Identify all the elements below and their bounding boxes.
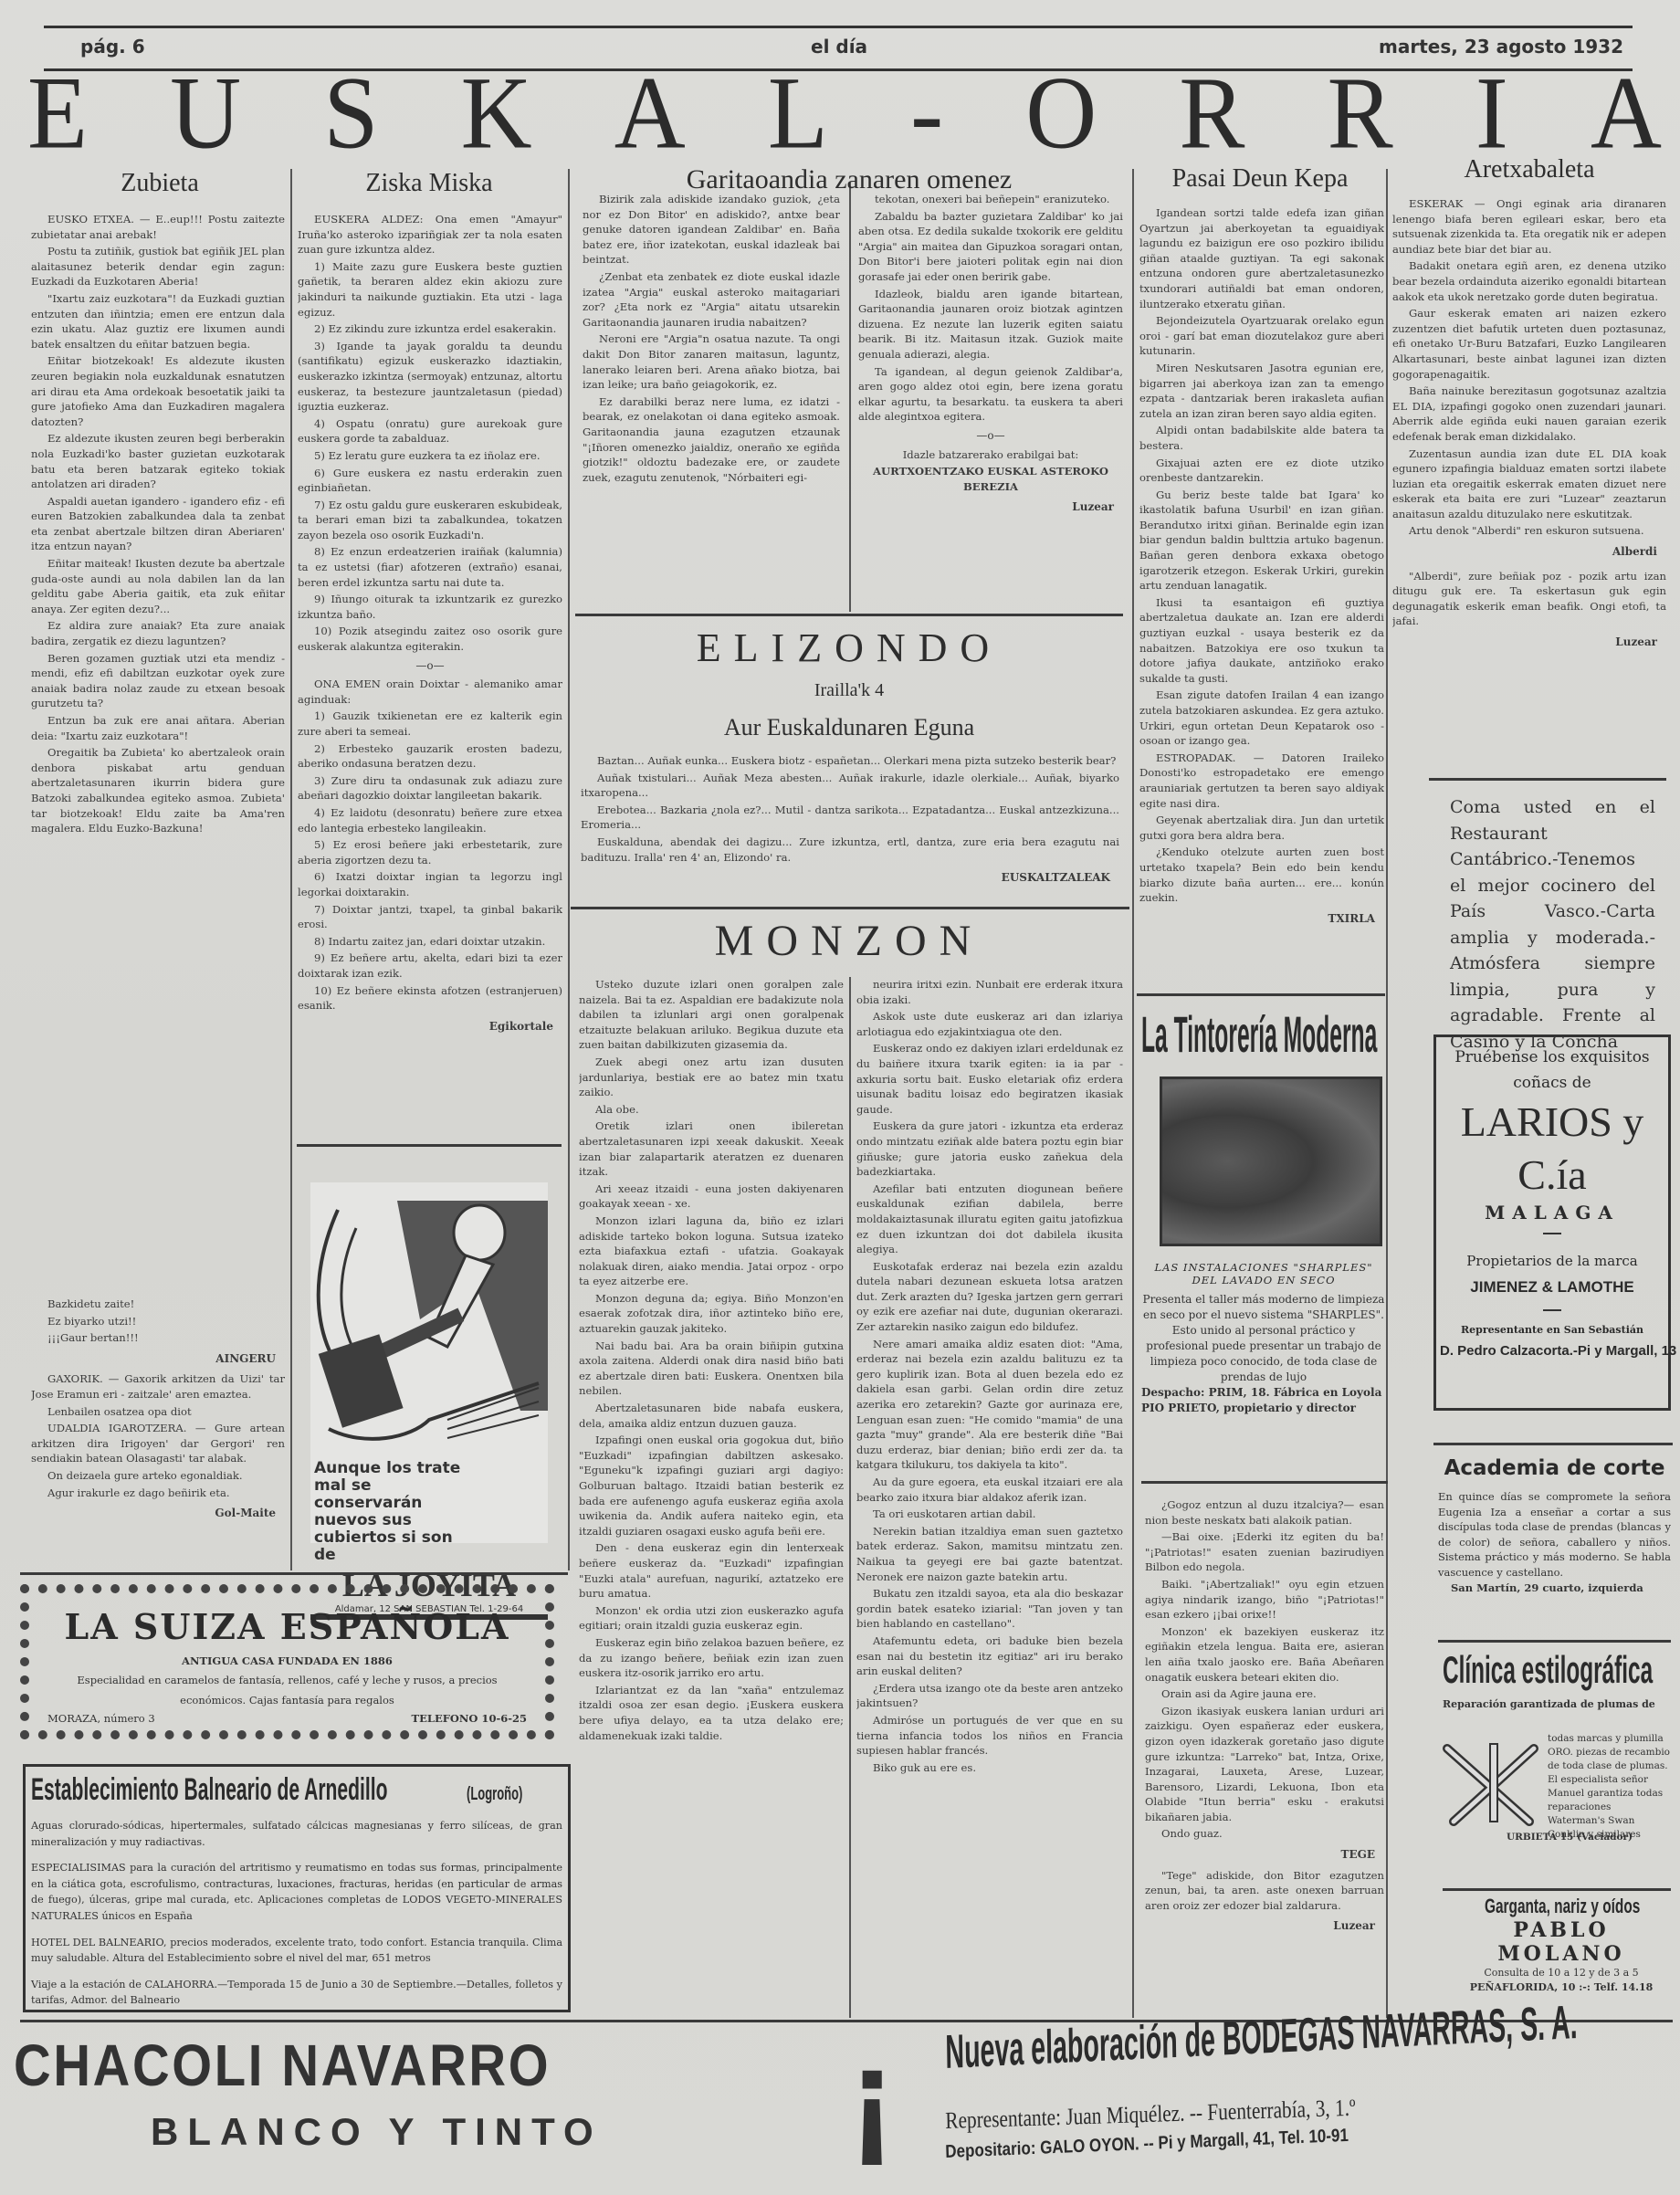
section-heading-ziska-miska: Ziska Miska <box>297 169 562 198</box>
paragraph: Nerekin batian itzaldiya eman suen gazte… <box>856 1524 1123 1584</box>
column-divider <box>849 183 851 612</box>
column-divider <box>1386 169 1388 2018</box>
paragraph: Baiki. "¡Abertzaliak!" oyu egin etzuen a… <box>1145 1577 1384 1623</box>
paragraph: Nere amari amaika aldiz esaten diot: "Am… <box>856 1337 1123 1473</box>
title-letter: A <box>1591 61 1662 167</box>
title-letter: R <box>1328 61 1393 167</box>
chacoli-subtitle: BLANCO Y TINTO <box>151 2110 799 2154</box>
paragraph: EUSKO ETXEA. — E..eup!!! Postu zaitezte … <box>31 212 285 242</box>
molano-address: PEÑAFLORIDA, 10 :-: Telf. 14.18 <box>1452 1980 1671 1995</box>
paragraph: 9) Iñungo oiturak ta izkuntzarik ez gure… <box>298 592 562 622</box>
balneario-title: Establecimiento Balneario de Arnedillo <box>31 1772 212 1808</box>
elizondo-heading: ELIZONDO <box>575 625 1123 671</box>
paragraph: Zuek abegi onez artu izan dusuten jardun… <box>579 1055 844 1100</box>
column-divider <box>568 169 570 1570</box>
paragraph: 10) Ez beñere ekinsta afotzen (estranjer… <box>298 983 562 1013</box>
paragraph: 9) Ez beñere artu, akelta, edari bizi ta… <box>298 950 562 981</box>
news-item: On deizaela gure arteko egonaldiak. <box>31 1468 285 1484</box>
ad-academia[interactable]: Academia de corte En quince días se comp… <box>1438 1456 1671 1597</box>
news-item: Lenbailen osatzea opa diot <box>31 1404 285 1420</box>
issue-date: martes, 23 agosto 1932 <box>1379 36 1623 58</box>
paragraph: 5) Ez erosi beñere jaki erbestetarik, zu… <box>298 837 562 867</box>
balneario-place: (Logroño) <box>467 1784 522 1805</box>
ad-molano[interactable]: Garganta, nariz y oídos PABLO MOLANO Con… <box>1452 1895 1671 1995</box>
paragraph: 6) Ixatzi doixtar ingian ta legorzu ingl… <box>298 869 562 899</box>
paragraph: Ez aldira zure anaiak? Eta zure anaiak b… <box>31 618 285 648</box>
article-pasai: Igandean sortzi talde edefa izan giñan O… <box>1139 205 1384 986</box>
paragraph: EUSKERA ALDEZ: Ona emen "Amayur" Iruña'k… <box>298 212 562 257</box>
clinica-address: URBIETA 15 (Vaciador) <box>1507 1829 1633 1846</box>
paragraph: Gizon ikasiyak euskera lanian urduri ari… <box>1145 1704 1384 1825</box>
title-letter: L <box>768 61 828 167</box>
article-zubieta: EUSKO ETXEA. — E..eup!!! Postu zaitezte … <box>31 212 285 1289</box>
paragraph: ¿Erdera utsa izango ote da beste aren an… <box>856 1681 1123 1711</box>
paper-name: el día <box>811 36 867 58</box>
tintoreria-caption: LAS INSTALACIONES "SHARPLES" DEL LAVADO … <box>1141 1261 1386 1287</box>
paragraph: "Ixartu zaiz euzkotara"! da Euzkadi guzt… <box>31 291 285 352</box>
article-monzon-left: Usteko duzute izlari onen goralpen zale … <box>579 977 844 2018</box>
signature-aingeru: AINGERU <box>40 1351 276 1367</box>
ad-cantabrico[interactable]: Coma usted en el Restaurant Cantábrico.-… <box>1450 794 1655 1055</box>
article-garitaoandia-right: tekotan, onexeri bai beñepein" eranizute… <box>858 192 1123 607</box>
signature-luzear-2: Luzear <box>1154 1918 1375 1934</box>
ad-larios[interactable]: Pruébense los exquisitos coñacs de LARIO… <box>1433 1034 1671 1411</box>
article-garitaoandia-left: Bizirik zala adiskide izandako guziok, ¿… <box>583 192 840 607</box>
paragraph: ¿Zenbat eta zenbatek ez diote euskal ida… <box>583 269 840 330</box>
clinica-title: Clínica estilográfica <box>1443 1648 1575 1692</box>
article-zubieta-end: Bazkidetu zaite!Ez biyarko utzi!!¡¡¡Gaur… <box>31 1297 285 1570</box>
paragraph: Geyenak abertzaliak dira. Jun dan urteti… <box>1139 813 1384 843</box>
paragraph: Oregaitik ba Zubieta' ko abertzaleok ora… <box>31 745 285 836</box>
paragraph: Postu ta zutiñik, gustiok bat egiñik JEL… <box>31 244 285 289</box>
page-title: EUSKAL-ORRIA <box>27 61 1662 167</box>
chacoli-title: CHACOLI NAVARRO <box>14 2032 705 2099</box>
paragraph: Izpafingi onen euskal oria gogokua dut, … <box>579 1433 844 1539</box>
paragraph: Esan zigute datofen Irailan 4 ean izango… <box>1139 688 1384 748</box>
paragraph: Euskalduna, abendak dei dagizu... Zure i… <box>581 835 1119 865</box>
paragraph: ¿Gogoz entzun al duzu itzalciya?— esan n… <box>1145 1497 1384 1528</box>
paragraph: 1) Maite zazu gure Euskera beste guztien… <box>298 259 562 320</box>
exclamation-mark: ¡ <box>849 2027 895 2164</box>
paragraph: 4) Ez laidotu (desonratu) beñere zure et… <box>298 805 562 835</box>
paragraph: Monzon izlari laguna da, biño ez izlari … <box>579 1213 844 1289</box>
paragraph: ¡¡¡Gaur bertan!!! <box>31 1330 285 1346</box>
paragraph: Izlariantzat ez da lan "xaña" entzulemaz… <box>579 1683 844 1743</box>
paragraph: 7) Doixtar jantzi, txapel, ta ginbal bak… <box>298 902 562 932</box>
tintoreria-title: La Tintorería Moderna <box>1141 1004 1249 1064</box>
paragraph: Zabaldu ba bazter guzietara Zaldibar' ko… <box>858 209 1123 285</box>
paragraph: Ez biyarko utzi!! <box>31 1314 285 1329</box>
balneario-line: Viaje a la estación de CALAHORRA.—Tempor… <box>31 1977 562 2009</box>
article-elizondo: Baztan... Auñak eunka... Euskera biotz -… <box>581 753 1119 881</box>
paragraph: 2) Ez zikindu zure izkuntza erdel esaker… <box>298 321 562 337</box>
suiza-title: LA SUIZA ESPAÑOLA <box>47 1606 527 1647</box>
paragraph: Beren gozamen guztiak utzi eta mendiz - … <box>31 651 285 711</box>
suiza-address: MORAZA, número 3 <box>47 1710 155 1728</box>
title-letter: A <box>614 61 686 167</box>
paragraph: Usteko duzute izlari onen goralpen zale … <box>579 977 844 1053</box>
paragraph: 3) Igande ta jayak goraldu ta deundu (sa… <box>298 339 562 415</box>
section-heading-pasai: Pasai Deun Kepa <box>1137 164 1383 194</box>
title-letter: U <box>170 61 241 167</box>
column-divider <box>1132 169 1134 2018</box>
larios-owners: JIMENEZ & LAMOTHE <box>1440 1278 1664 1297</box>
newspaper-page: pág. 6 el día martes, 23 agosto 1932 EUS… <box>0 0 1680 2195</box>
paragraph: Admiróse un portugués de ver que en su t… <box>856 1713 1123 1759</box>
paragraph: 8) Indartu zaitez jan, edari doixtar utz… <box>298 934 562 950</box>
ad-la-suiza[interactable]: LA SUIZA ESPAÑOLA ANTIGUA CASA FUNDADA E… <box>20 1584 554 1739</box>
paragraph: 4) Ospatu (onratu) gure aurekoak gure eu… <box>298 416 562 446</box>
suiza-body: Especialidad en caramelos de fantasía, r… <box>47 1670 527 1710</box>
signature-gol-maite: Gol-Maite <box>40 1506 276 1521</box>
elizondo-subheading: Aur Euskaldunaren Eguna <box>575 714 1123 741</box>
paragraph: 2) Erbesteko gauzarik erosten badezu, ab… <box>298 741 562 772</box>
molano-hours: Consulta de 10 a 12 y de 3 a 5 <box>1452 1966 1671 1980</box>
article-aretxabaleta: ESKERAK — Ongi eginak aria diranaren len… <box>1392 196 1666 744</box>
paragraph: Ta ori euskotaren artian dabil. <box>856 1507 1123 1522</box>
paragraph: Ta igandean, al degun geienok Zaldibar'a… <box>858 364 1123 425</box>
paragraph: Monzon deguna da; egiya. Biño Monzon'en … <box>579 1291 844 1337</box>
paragraph: Artu denok "Alberdi" ren eskuron sutsuen… <box>1392 523 1666 539</box>
paragraph: Nai badu bai. Ara ba orain biñipin gutxi… <box>579 1339 844 1399</box>
title-letter: I <box>1475 61 1508 167</box>
paragraph: Ondo guaz. <box>1145 1826 1384 1842</box>
hammer-fork-illustration <box>310 1182 548 1456</box>
paragraph: Ikusi ta esantaigon efi guztiya abertzal… <box>1139 595 1384 687</box>
academia-address: San Martín, 29 cuarto, izquierda <box>1451 1580 1671 1597</box>
signature-tege: TEGE <box>1154 1847 1375 1863</box>
larios-city: MALAGA <box>1440 1202 1664 1224</box>
title-letter: K <box>461 61 532 167</box>
paragraph: Abertzaletasunaren bide nabafa euskera, … <box>579 1401 844 1431</box>
larios-owners-label: Propietarios de la marca <box>1440 1253 1664 1269</box>
paragraph: Bazkidetu zaite! <box>31 1297 285 1312</box>
joyita-slogan: Aunque los trate mal se conservarán nuev… <box>314 1460 469 1564</box>
paragraph: Euskeraz ondo ez dakiyen izlari erdeldun… <box>856 1041 1123 1117</box>
paragraph: 7) Ez ostu galdu gure euskeraren eskubid… <box>298 498 562 543</box>
column-divider <box>290 169 292 1570</box>
tintoreria-address: Despacho: PRIM, 18. Fábrica en Loyola <box>1141 1385 1386 1401</box>
molano-name: PABLO MOLANO <box>1452 1918 1671 1966</box>
paragraph: Eñitar biotzekoak! Es aldezute ikusten z… <box>31 353 285 429</box>
paragraph: —Bai oixe. ¡Ederki itz egiten du ba! "¡P… <box>1145 1529 1384 1575</box>
signature-egikortale: Egikortale <box>307 1019 553 1034</box>
paragraph: Baña nainuke berezitasun gogotsunaz azal… <box>1392 383 1666 444</box>
title-letter: - <box>910 61 943 167</box>
paragraph: Euskera da gure jatori - izkuntza eta er… <box>856 1119 1123 1179</box>
ad-chacoli[interactable]: CHACOLI NAVARRO BLANCO Y TINTO <box>14 2032 799 2178</box>
paragraph: 1) Gauzik txikienetan ere ez kalterik eg… <box>298 709 562 739</box>
paragraph: Ala obe. <box>579 1102 844 1118</box>
ad-bodegas[interactable]: Nueva elaboración de BODEGAS NAVARRAS, S… <box>945 2025 1675 2163</box>
news-item: Agur irakurle ez dago beñirik eta. <box>31 1486 285 1501</box>
title-letter: O <box>1025 61 1097 167</box>
title-letter: S <box>323 61 378 167</box>
molano-title: Garganta, nariz y oídos <box>1485 1895 1638 1918</box>
article-tege: ¿Gogoz entzun al duzu itzalciya?— esan n… <box>1145 1497 1384 2013</box>
paragraph: Erebotea... Bazkaria ¿nola ez?... Mutil … <box>581 803 1119 833</box>
paragraph: Gaur eskerak ematen ari naizen ezkero zu… <box>1392 306 1666 382</box>
paragraph: Alpidi ontan badabilskite alde batera ta… <box>1139 423 1384 453</box>
signature-txirla: TXIRLA <box>1149 911 1375 927</box>
larios-rep: D. Pedro Calzacorta.-Pi y Margall, 13 <box>1440 1343 1664 1359</box>
paragraph: Bukatu zen itzaldi sayoa, eta ala dio be… <box>856 1586 1123 1632</box>
paragraph: 10) Pozik atsegindu zaitez oso osorik gu… <box>298 624 562 654</box>
paragraph: Baztan... Auñak eunka... Euskera biotz -… <box>581 753 1119 769</box>
signature-luzear-3: Luzear <box>1402 635 1657 650</box>
suiza-phone: TELEFONO 10-6-25 <box>412 1710 527 1728</box>
paragraph: Entzun ba zuk ere anai añtara. Aberian d… <box>31 713 285 743</box>
ad-la-joyita[interactable]: Aunque los trate mal se conservarán nuev… <box>310 1182 548 1543</box>
paragraph: Gu beriz beste talde bat Igara' ko ikast… <box>1139 488 1384 593</box>
paragraph: Zuzentasun aundia izan dute EL DIA koak … <box>1392 446 1666 522</box>
tintoreria-body: Presenta el taller más moderno de limpie… <box>1141 1292 1386 1385</box>
ad-balneario[interactable]: Establecimiento Balneario de Arnedillo (… <box>23 1764 571 2012</box>
paragraph: ONA EMEN orain Doixtar - alemaniko amar … <box>298 677 562 707</box>
paragraph: Ez darabilki beraz nere luma, ez idatzi … <box>583 394 840 486</box>
paragraph: Askok uste dute euskeraz ari dan izlariy… <box>856 1009 1123 1039</box>
academia-title: Academia de corte <box>1438 1456 1671 1480</box>
paragraph: Badakit onetara egiñ aren, ez denena utz… <box>1392 258 1666 304</box>
note-bold: AURTXOENTZAKO EUSKAL ASTEROKO BEREZIA <box>858 464 1123 494</box>
page-number: pág. 6 <box>80 36 145 58</box>
aretxabaleta-reply: "Alberdi", zure beñiak poz - pozik artu … <box>1392 569 1666 629</box>
paragraph: 5) Ez leratu gure euzkera ta ez iñolaz e… <box>298 448 562 464</box>
paragraph: Au da gure egoera, eta euskal itzaiari e… <box>856 1475 1123 1505</box>
news-item: GAXORIK. — Gaxorik arkitzen da Uizi' tar… <box>31 1371 285 1402</box>
paragraph: Euskotafak erderaz nai bezela ezin azald… <box>856 1259 1123 1335</box>
pens-icon <box>1443 1739 1543 1831</box>
paragraph: 6) Gure euskera ez nastu erderakin zuen … <box>298 466 562 496</box>
paragraph: Azefilar bati entzuten diogunean beñere … <box>856 1182 1123 1257</box>
section-heading-garitaoandia: Garitaoandia zanaren omenez <box>575 164 1123 195</box>
paragraph: Igandean sortzi talde edefa izan giñan O… <box>1139 205 1384 311</box>
news-item: UDALDIA IGAROTZERA. — Gure artean arkitz… <box>31 1421 285 1466</box>
paragraph: 8) Ez enzun erdeatzerien iraiñak (kalumn… <box>298 544 562 590</box>
section-heading-zubieta: Zubieta <box>37 169 283 198</box>
balneario-line: HOTEL DEL BALNEARIO, precios moderados, … <box>31 1935 562 1967</box>
paragraph: Den - dena euskeraz egin din lenterxeak … <box>579 1540 844 1601</box>
paragraph: Bizirik zala adiskide izandako guziok, ¿… <box>583 192 840 268</box>
paragraph: ESKERAK — Ongi eginak aria diranaren len… <box>1392 196 1666 257</box>
larios-brand: LARIOS y C.ía <box>1440 1096 1664 1202</box>
paragraph: Idazleok, bialdu aren igande bitartean, … <box>858 287 1123 362</box>
larios-intro: Pruébense los exquisitos coñacs de <box>1440 1045 1664 1096</box>
paragraph: neurira iritxi ezin. Nunbait ere erderak… <box>856 977 1123 1007</box>
paragraph: Eñitar maiteak! Ikusten dezute ba abertz… <box>31 556 285 616</box>
clinica-body: todas marcas y plumilla ORO. piezas de r… <box>1548 1732 1671 1842</box>
paragraph: Euskeraz egin biño zelakoa bazuen beñere… <box>579 1635 844 1681</box>
paragraph: Monzon' ek bazekiyen euskeraz itz egiñak… <box>1145 1624 1384 1685</box>
tintoreria-owner: PIO PRIETO, propietario y director <box>1141 1401 1386 1416</box>
article-ziska-miska: EUSKERA ALDEZ: Ona emen "Amayur" Iruña'k… <box>298 212 562 1134</box>
paragraph: Aspaldi auetan igandero - igandero efiz … <box>31 494 285 554</box>
cantabrico-text: Coma usted en el Restaurant Cantábrico.-… <box>1450 794 1655 1055</box>
ad-clinica[interactable]: Clínica estilográfica Reparación garanti… <box>1443 1648 1671 1844</box>
balneario-line: ESPECIALISIMAS para la curación del artr… <box>31 1860 562 1924</box>
title-letter: E <box>27 61 88 167</box>
suiza-subtitle: ANTIGUA CASA FUNDADA EN 1886 <box>47 1653 527 1670</box>
section-heading-aretxabaleta: Aretxabaleta <box>1392 155 1666 184</box>
tege-reply: "Tege" adiskide, don Bitor ezagutzen zen… <box>1145 1868 1384 1914</box>
clinica-subtitle: Reparación garantizada de plumas de <box>1443 1696 1671 1713</box>
signature-alberdi: Alberdi <box>1402 544 1657 560</box>
paragraph: Biko guk au ere es. <box>856 1760 1123 1776</box>
paragraph: Auñak txistulari... Auñak Meza abesten..… <box>581 771 1119 801</box>
paragraph: ¿Kenduko otelzute aurten zuen bost urtet… <box>1139 845 1384 905</box>
larios-rep-label: Representante en San Sebastián <box>1440 1324 1664 1336</box>
paragraph: Ez aldezute ikusten zeuren begi berberak… <box>31 431 285 491</box>
paragraph: Gixajuai azten ere ez diote utziko orenb… <box>1139 456 1384 486</box>
paragraph: 3) Zure diru ta ondasunak zuk adiazu zur… <box>298 773 562 803</box>
monzon-heading: MONZON <box>575 916 1123 966</box>
signature-euskaltzaleak: EUSKALTZALEAK <box>590 870 1110 881</box>
paragraph: Miren Neskutsaren Jasotra egunian ere, b… <box>1139 361 1384 421</box>
paragraph: tekotan, onexeri bai beñepein" eranizute… <box>858 192 1123 207</box>
ad-tintoreria[interactable]: La Tintorería Moderna LAS INSTALACIONES … <box>1141 1004 1386 1461</box>
column-divider <box>849 977 851 2018</box>
paragraph: ESTROPADAK. — Datoren Iraileko Donosti'k… <box>1139 751 1384 811</box>
paragraph: Monzon' ek ordia utzi zion euskerazko ag… <box>579 1603 844 1633</box>
academia-body: En quince días se compromete la señora E… <box>1438 1489 1671 1580</box>
paragraph: Neroni ere "Argia"n osatua nazute. Ta on… <box>583 331 840 392</box>
elizondo-date: Irailla'k 4 <box>575 680 1123 701</box>
signature-luzear: Luzear <box>867 499 1114 515</box>
paragraph: Bejondeizutela Oyartzuarak orelako egun … <box>1139 313 1384 359</box>
balneario-line: Aguas clorurado-sódicas, hipertermales, … <box>31 1818 562 1850</box>
paragraph: Oretik izlari onen ibileretan abertzalet… <box>579 1119 844 1179</box>
paragraph: Ari xeeaz itzaidi - euna josten dakiyena… <box>579 1182 844 1212</box>
article-monzon-right: neurira iritxi ezin. Nunbait ere erderak… <box>856 977 1123 2018</box>
title-letter: R <box>1179 61 1244 167</box>
paragraph: Atafemuntu edeta, ori baduke bien bezela… <box>856 1633 1123 1679</box>
paragraph: Orain asi da Agire jauna ere. <box>1145 1686 1384 1702</box>
tintoreria-photo <box>1160 1076 1382 1246</box>
